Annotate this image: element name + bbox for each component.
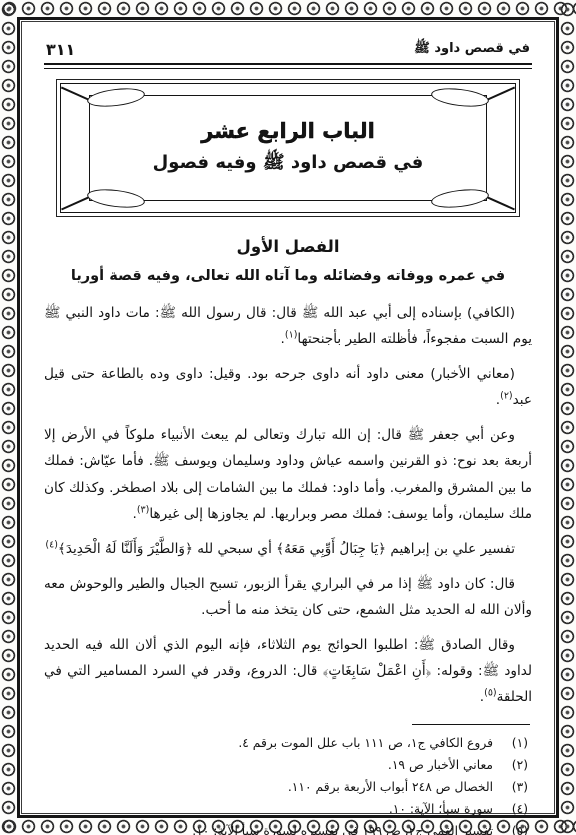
frame-diagonal-icon [485,195,515,209]
book-page: { "page_header": { "page_number": "٣١١",… [0,0,576,835]
footnote-item: (٤) سورة سبأ؛ الآية: ١٠. [44,799,532,821]
footnote-separator [412,724,530,725]
footnote-item: (٢) معاني الأخبار ص ١٩. [44,755,532,777]
footnote-number: (٤) [502,799,528,821]
body-paragraph: تفسير علي بن إبراهيم ﴿يَا جِبَالُ أَوِّب… [44,536,532,562]
chapter-title: الباب الرابع عشر [201,119,375,143]
paragraph-text: تفسير علي بن إبراهيم ﴿يَا جِبَالُ أَوِّب… [58,541,515,557]
footnote-item: (٣) الخصال ص ٢٤٨ أبواب الأربعة برقم ١١٠. [44,777,532,799]
footnote-ref: (١) [285,330,298,341]
header-rule-thin [44,68,532,69]
section-heading: الفصل الأول [44,237,532,256]
scallop-border-right [560,0,575,835]
footnote-number: (٥) [502,821,528,835]
footnote-ref: (٣) [137,504,150,515]
footnote-ref: (٥) [484,688,497,699]
footnote-number: (٣) [502,777,528,799]
frame-diagonal-icon [485,87,515,101]
footnote-number: (١) [502,733,528,755]
body-paragraph: (الكافي) بإسناده إلى أبي عبد الله ﷺ قال:… [44,300,532,352]
header-rule-thick [44,63,532,65]
frame-diagonal-icon [61,195,91,209]
footnotes-block: (١) فروع الكافي ج١، ص ١١١ باب علل الموت … [44,733,532,835]
paragraph-text: (معاني الأخبار) معنى داود أنه داوى جرحه … [44,366,532,408]
footnote-ref: (٤) [45,539,58,550]
footnote-text: الخصال ص ٢٤٨ أبواب الأربعة برقم ١١٠. [44,777,493,799]
body-paragraph: وعن أبي جعفر ﷺ قال: إن الله تبارك وتعالى… [44,422,532,526]
section-subheading: في عمره ووفاته وفضائله وما آتاه الله تعا… [44,268,532,284]
footnote-text: معاني الأخبار ص ١٩. [44,755,493,777]
footnote-ref: (٢) [500,391,513,402]
footnote-text: سورة سبأ؛ الآية: ١٠. [44,799,493,821]
scallop-border-top [0,1,576,16]
running-title: في قصص داود ﷺ [414,40,530,59]
body-paragraph: قال: كان داود ﷺ إذا مر في البراري يقرأ ا… [44,571,532,623]
chapter-title-box: الباب الرابع عشر في قصص داود ﷺ وفيه فصول [60,83,516,213]
scallop-border-left [1,0,16,835]
paragraph-text: وعن أبي جعفر ﷺ قال: إن الله تبارك وتعالى… [44,427,532,521]
body-text: (الكافي) بإسناده إلى أبي عبد الله ﷺ قال:… [44,300,532,710]
page-number: ٣١١ [46,40,75,59]
page-header: في قصص داود ﷺ ٣١١ [44,40,532,63]
footnote-text: فروع الكافي ج١، ص ١١١ باب علل الموت برقم… [44,733,493,755]
paragraph-text: قال: كان داود ﷺ إذا مر في البراري يقرأ ا… [44,576,532,618]
page-content: في قصص داود ﷺ ٣١١ الباب الرابع عشر في قص… [44,40,532,807]
footnote-item: (١) فروع الكافي ج١، ص ١١١ باب علل الموت … [44,733,532,755]
footnote-text: تفسير القمي ج٢، ص ١٩٩ في تفسيره لسورة سب… [44,821,493,835]
body-paragraph: (معاني الأخبار) معنى داود أنه داوى جرحه … [44,361,532,413]
chapter-title-inner-frame: الباب الرابع عشر في قصص داود ﷺ وفيه فصول [89,95,487,201]
footnote-item: (٥) تفسير القمي ج٢، ص ١٩٩ في تفسيره لسور… [44,821,532,835]
footnote-number: (٢) [502,755,528,777]
body-paragraph: وقال الصادق ﷺ: اطلبوا الحوائج يوم الثلاث… [44,632,532,710]
paragraph-text: وقال الصادق ﷺ: اطلبوا الحوائج يوم الثلاث… [44,637,532,705]
chapter-subtitle: في قصص داود ﷺ وفيه فصول [153,151,424,177]
